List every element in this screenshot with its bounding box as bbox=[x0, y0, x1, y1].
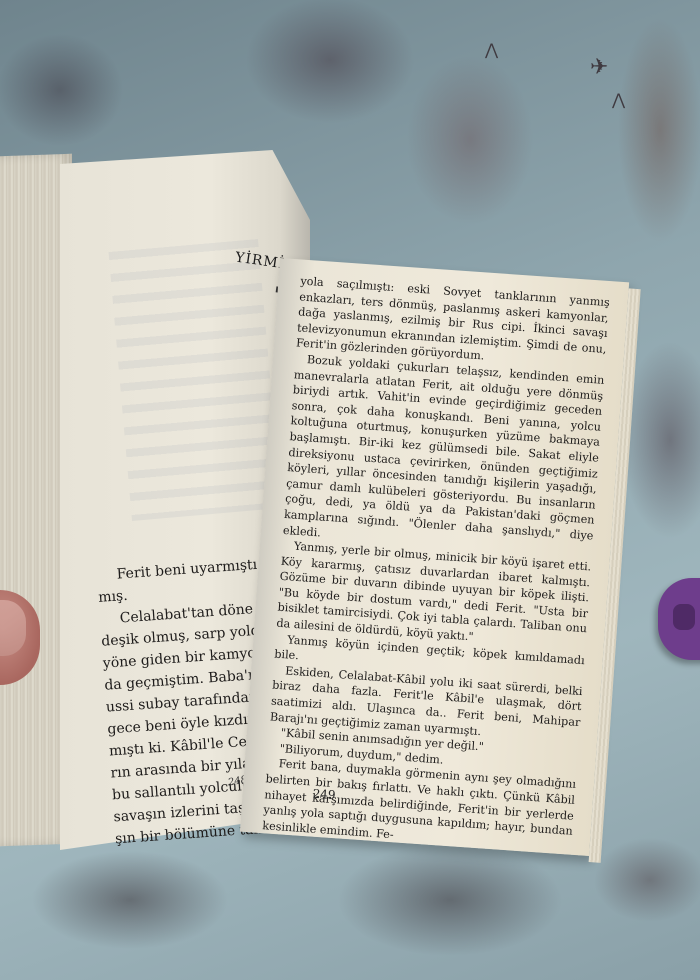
right-page: yola saçılmıştı: eski Sovyet tanklarının… bbox=[240, 258, 629, 856]
clip-emboss-icon bbox=[673, 604, 695, 630]
right-page-number: 249 bbox=[312, 787, 336, 803]
paragraph: Bozuk yoldaki çukurları telaşsız, kendin… bbox=[282, 351, 604, 559]
right-page-text: yola saçılmıştı: eski Sovyet tanklarının… bbox=[262, 274, 610, 856]
bird-pattern-icon: ⋀ bbox=[485, 40, 498, 59]
bird-pattern-icon: ✈ bbox=[590, 55, 608, 80]
bird-pattern-icon: ⋀ bbox=[612, 90, 625, 109]
show-through-text bbox=[109, 239, 282, 521]
